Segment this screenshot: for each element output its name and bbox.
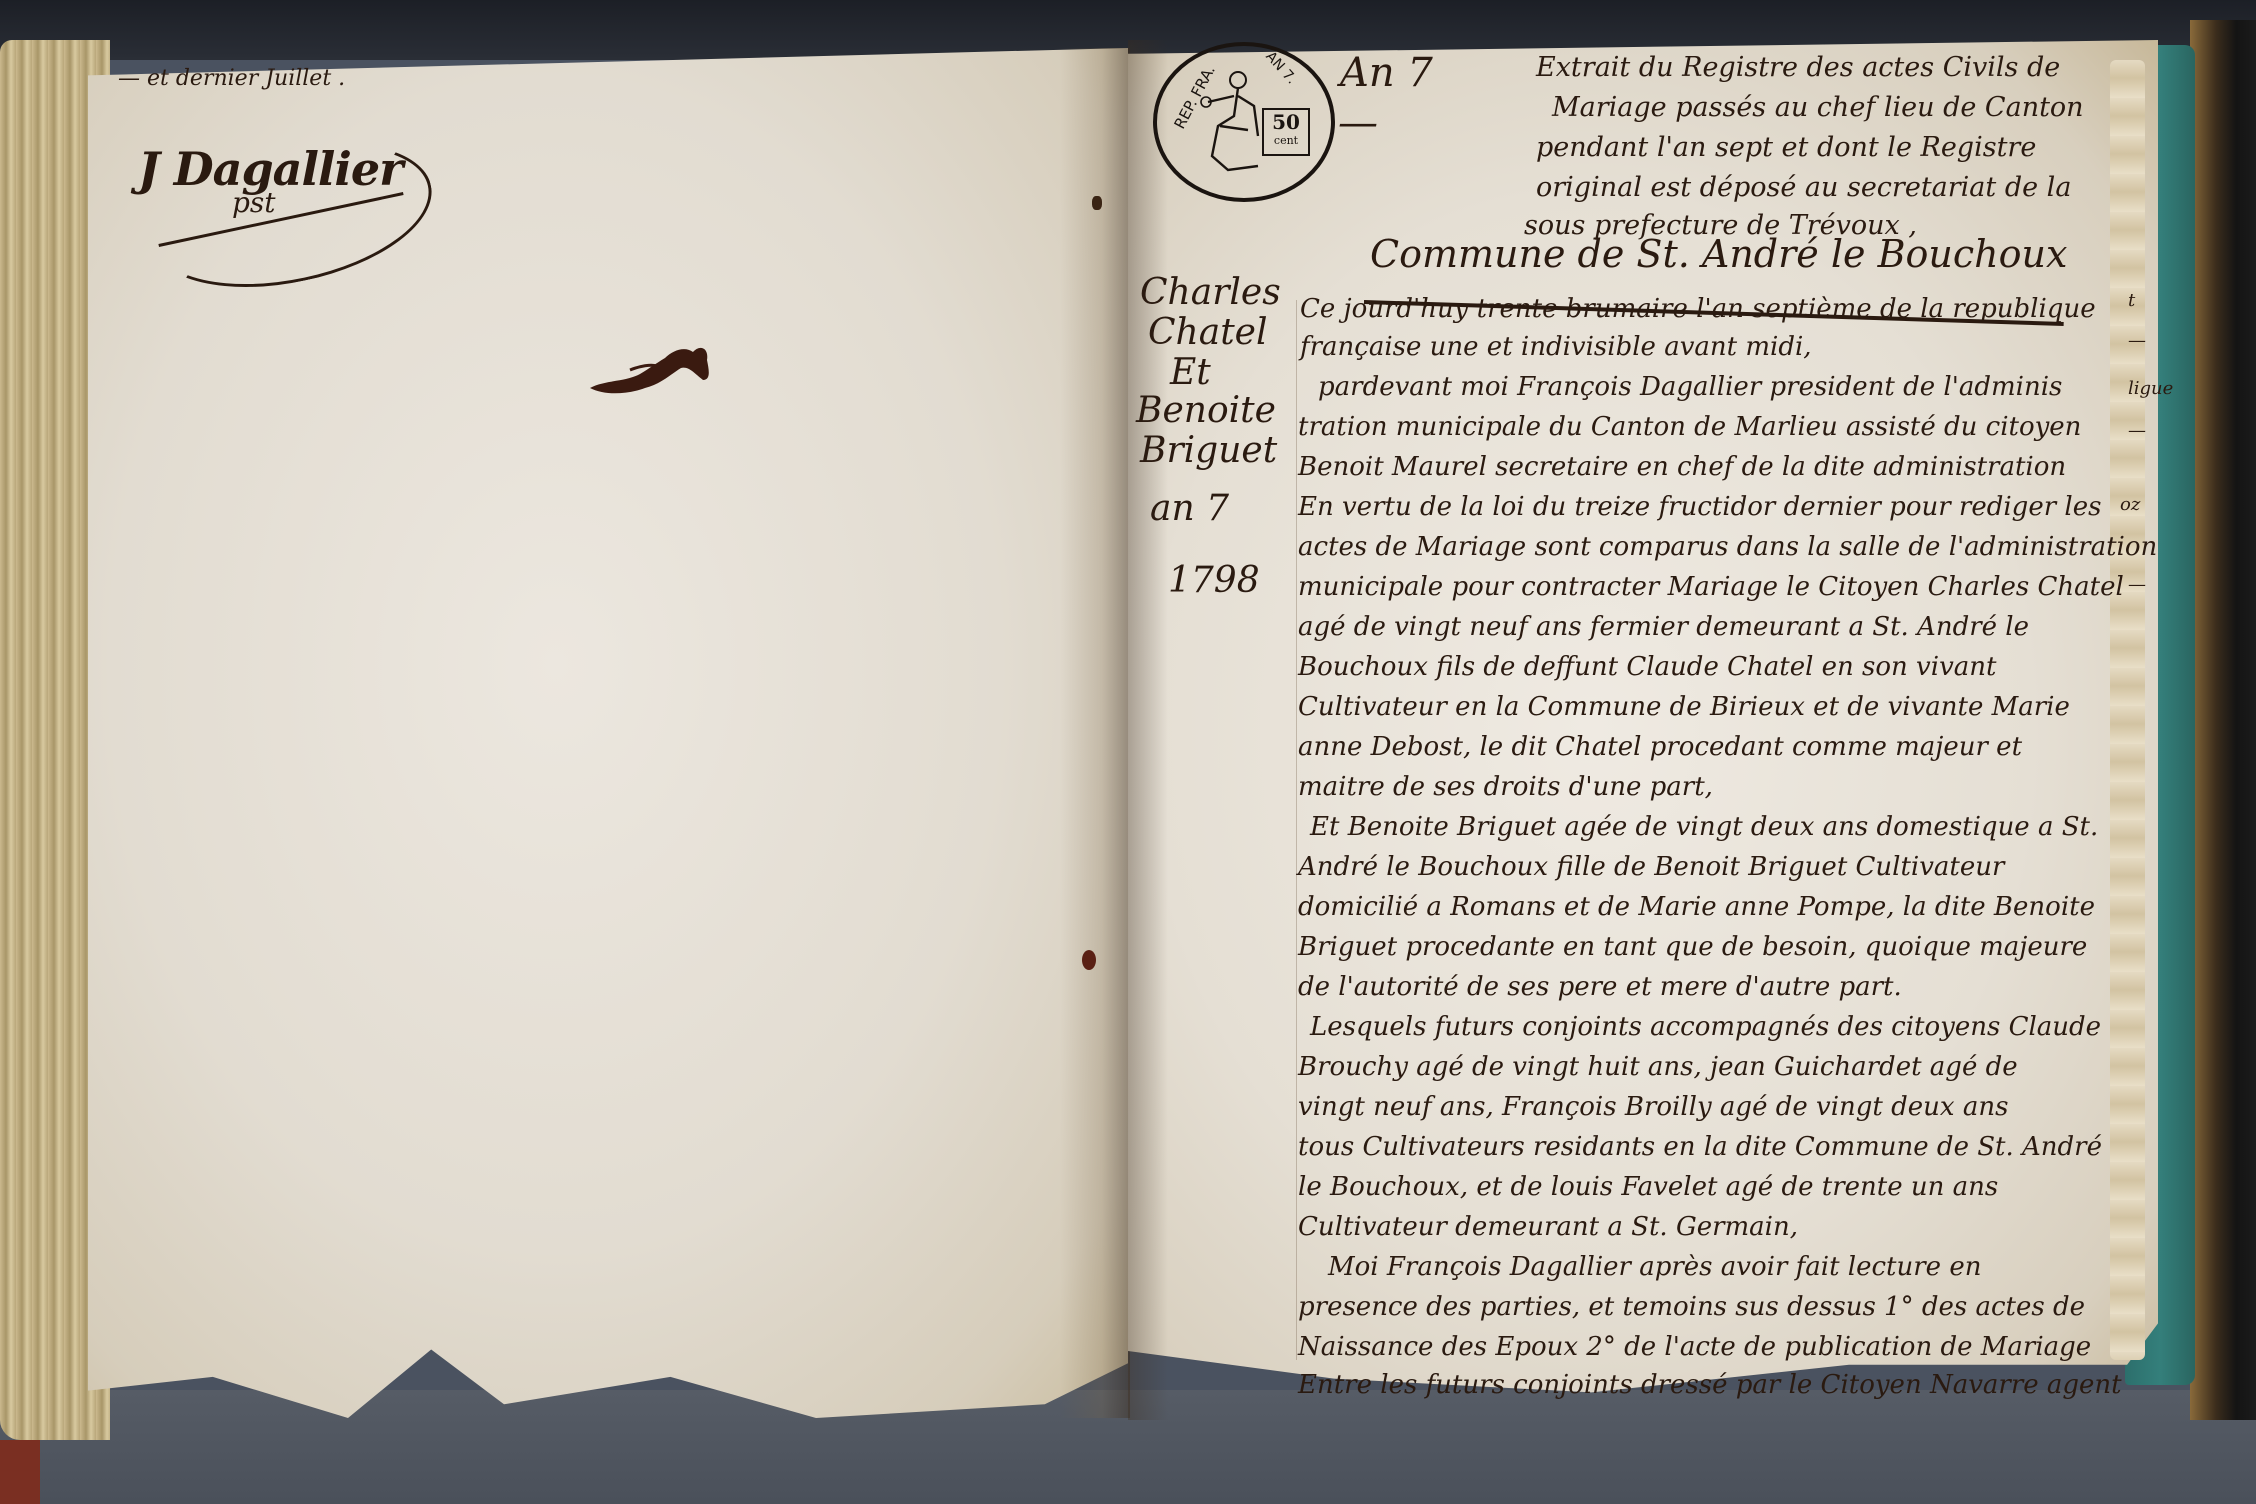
background-red-corner xyxy=(0,1440,40,1504)
body-line: Cultivateur demeurant a St. Germain, xyxy=(1298,1212,1798,1242)
ink-spot xyxy=(1092,196,1102,210)
body-line: tous Cultivateurs residants en la dite C… xyxy=(1298,1132,2102,1162)
edge-mark: — xyxy=(2128,330,2146,351)
body-line: Ce jourd'huy trente brumaire l'an septiè… xyxy=(1300,294,2096,324)
margin-name: Chatel xyxy=(1148,312,1267,353)
body-line: Lesquels futurs conjoints accompagnés de… xyxy=(1310,1012,2101,1042)
year-heading-flourish: — xyxy=(1338,100,1378,146)
body-line: le Bouchoux, et de louis Favelet agé de … xyxy=(1298,1172,1998,1202)
year-heading: An 7 xyxy=(1340,50,1433,96)
frayed-page-edges xyxy=(2110,60,2145,1360)
body-line: Brouchy agé de vingt huit ans, jean Guic… xyxy=(1298,1052,2018,1082)
edge-mark: ligue xyxy=(2128,378,2173,399)
body-line: de l'autorité de ses pere et mere d'autr… xyxy=(1298,972,1902,1002)
edge-mark: — xyxy=(2128,420,2146,441)
body-line: Moi François Dagallier après avoir fait … xyxy=(1328,1252,1981,1282)
body-line: Benoit Maurel secretaire en chef de la d… xyxy=(1298,452,2066,482)
seated-liberty-figure-icon xyxy=(1198,66,1268,176)
body-line: Naissance des Epoux 2° de l'acte de publ… xyxy=(1298,1332,2091,1362)
left-page-gutter-shadow xyxy=(1060,48,1130,1418)
body-line: presence des parties, et temoins sus des… xyxy=(1298,1292,2085,1322)
margin-year: 1798 xyxy=(1168,560,1260,601)
commune-title: Commune de St. André le Bouchoux xyxy=(1370,232,2067,276)
header-line: Mariage passés au chef lieu de Canton xyxy=(1552,92,2084,123)
body-line: Cultivateur en la Commune de Birieux et … xyxy=(1298,692,2070,722)
body-line: agé de vingt neuf ans fermier demeurant … xyxy=(1298,612,2029,642)
body-line: En vertu de la loi du treize fructidor d… xyxy=(1298,492,2101,522)
margin-name: Charles xyxy=(1140,272,1281,313)
body-line: domicilié a Romans et de Marie anne Pomp… xyxy=(1298,892,2095,922)
edge-mark: — xyxy=(2128,574,2146,595)
right-page-gutter-shadow xyxy=(1128,40,1168,1420)
body-line: tration municipale du Canton de Marlieu … xyxy=(1298,412,2081,442)
margin-name: Briguet xyxy=(1140,430,1277,471)
margin-name: Et xyxy=(1170,352,1211,393)
edge-mark: oz xyxy=(2120,494,2140,515)
body-line: maitre de ses droits d'une part, xyxy=(1298,772,1713,802)
body-line: anne Debost, le dit Chatel procedant com… xyxy=(1298,732,2022,762)
left-page-top-note: — et dernier Juillet . xyxy=(118,66,345,91)
body-line: municipale pour contracter Mariage le Ci… xyxy=(1298,572,2124,602)
body-line: actes de Mariage sont comparus dans la s… xyxy=(1298,532,2157,562)
body-line: française une et indivisible avant midi, xyxy=(1300,332,1812,362)
header-line: Extrait du Registre des actes Civils de xyxy=(1536,52,2060,83)
header-line: original est déposé au secretariat de la xyxy=(1536,172,2071,203)
body-line: vingt neuf ans, François Broilly agé de … xyxy=(1298,1092,2008,1122)
margin-name: Benoite xyxy=(1136,390,1276,431)
stamp-value: 50 cent xyxy=(1262,108,1310,156)
ink-spot xyxy=(1082,950,1096,970)
body-line: pardevant moi François Dagallier preside… xyxy=(1318,372,2062,402)
margin-year: an 7 xyxy=(1150,488,1229,529)
body-line: Briguet procedante en tant que de besoin… xyxy=(1298,932,2087,962)
margin-rule xyxy=(1296,300,1297,1360)
body-line: André le Bouchoux fille de Benoit Brigue… xyxy=(1298,852,2004,882)
body-line: Et Benoite Briguet agée de vingt deux an… xyxy=(1310,812,2098,842)
body-line: Entre les futurs conjoints dressé par le… xyxy=(1298,1370,2122,1400)
edge-mark: t xyxy=(2128,290,2135,311)
signature-suffix: pst xyxy=(232,186,276,219)
header-line: pendant l'an sept et dont le Registre xyxy=(1536,132,2036,163)
ink-stain xyxy=(585,340,715,400)
book-cover-edge xyxy=(2190,20,2256,1420)
body-line: Bouchoux fils de deffunt Claude Chatel e… xyxy=(1298,652,1996,682)
